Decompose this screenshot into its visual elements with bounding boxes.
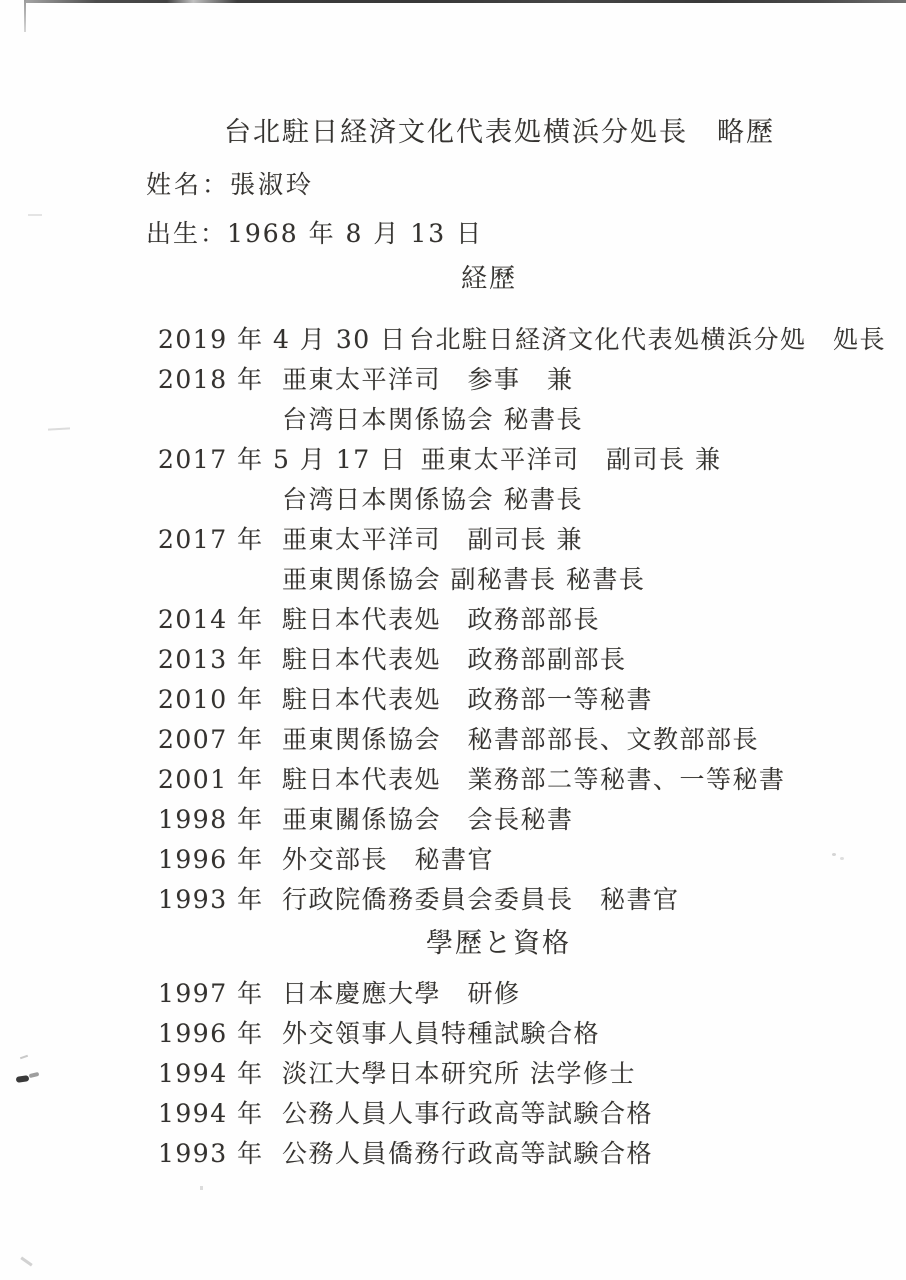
entry-text: 亜東關係協会 会長秘書	[282, 800, 574, 836]
entry-date: 1996 年	[158, 840, 282, 876]
entry-text: 淡江大學日本研究所 法学修士	[282, 1054, 636, 1090]
entry-date: 2014 年	[158, 600, 282, 636]
career-entry: 2017 年 亜東太平洋司 副司長 兼	[158, 518, 886, 558]
career-entry: 2018 年 亜東太平洋司 参事 兼	[158, 358, 886, 398]
career-entry: 2014 年 駐日本代表処 政務部部長	[158, 598, 886, 638]
entry-date: 1994 年	[158, 1094, 282, 1130]
entry-date: 2010 年	[158, 680, 282, 716]
career-entry: 1998 年 亜東關係協会 会長秘書	[158, 798, 886, 838]
scan-faint-dash	[28, 214, 42, 216]
entry-date: 1993 年	[158, 880, 282, 916]
entry-text: 日本慶應大學 研修	[282, 974, 521, 1010]
entry-text: 外交部長 秘書官	[282, 840, 494, 876]
scan-edge-strip	[26, 0, 906, 3]
education-section-heading: 學歷と資格	[426, 930, 571, 957]
scan-ink-smudge-light	[29, 1072, 40, 1078]
entry-date: 2001 年	[158, 760, 282, 796]
scanned-document-page: 台北駐日経済文化代表処横浜分処長 略歷 姓名：張淑玲 出生：1968 年 8 月…	[0, 0, 906, 1280]
entry-date: 2013 年	[158, 640, 282, 676]
entry-text: 駐日本代表処 政務部部長	[282, 600, 600, 636]
entry-text: 駐日本代表処 政務部副部長	[282, 640, 627, 676]
entry-date: 1993 年	[158, 1134, 282, 1170]
career-entry-continuation: 亜東関係協会 副秘書長 秘書長	[158, 558, 886, 598]
entry-text: 公務人員僑務行政高等試験合格	[282, 1134, 653, 1170]
education-entry: 1994 年 淡江大學日本研究所 法学修士	[158, 1052, 886, 1092]
entry-text: 台湾日本関係協会 秘書長	[282, 480, 583, 516]
entry-date: 1997 年	[158, 974, 282, 1010]
entry-date: 1996 年	[158, 1014, 282, 1050]
education-entry: 1994 年 公務人員人事行政高等試験合格	[158, 1092, 886, 1132]
entry-text: 公務人員人事行政高等試験合格	[282, 1094, 653, 1130]
scan-smudge-tick	[20, 1055, 28, 1060]
entry-date: 2017 年	[158, 520, 282, 556]
entry-text: 台北駐日経済文化代表処横浜分処 処長	[409, 320, 886, 356]
entry-text: 駐日本代表処 業務部二等秘書、一等秘書	[282, 760, 786, 796]
career-entry: 2013 年 駐日本代表処 政務部副部長	[158, 638, 886, 678]
career-section-heading: 経歷	[461, 266, 517, 292]
entry-text: 亜東太平洋司 副司長 兼	[282, 520, 583, 556]
entry-text: 亜東太平洋司 参事 兼	[282, 360, 574, 396]
career-entry: 2019 年 4 月 30 日 台北駐日経済文化代表処横浜分処 処長	[158, 318, 886, 358]
scan-faint-dash	[20, 1257, 32, 1267]
career-entry-continuation: 台湾日本関係協会 秘書長	[158, 478, 886, 518]
entry-text: 台湾日本関係協会 秘書長	[282, 400, 583, 436]
document-title: 台北駐日経済文化代表処横浜分処長 略歷	[224, 119, 775, 146]
entry-date: 1998 年	[158, 800, 282, 836]
education-entry: 1993 年 公務人員僑務行政高等試験合格	[158, 1132, 886, 1172]
career-entry: 2001 年 駐日本代表処 業務部二等秘書、一等秘書	[158, 758, 886, 798]
career-entry: 2007 年 亜東関係協会 秘書部部長、文教部部長	[158, 718, 886, 758]
scan-edge-tick	[24, 0, 26, 32]
career-entry: 1996 年 外交部長 秘書官	[158, 838, 886, 878]
entry-date: 2018 年	[158, 360, 282, 396]
entry-text: 外交領事人員特種試験合格	[282, 1014, 600, 1050]
entry-text: 亜東関係協会 副秘書長 秘書長	[282, 560, 645, 596]
entry-date: 2007 年	[158, 720, 282, 756]
entry-date: 2017 年 5 月 17 日	[158, 440, 407, 476]
career-entry: 1993 年 行政院僑務委員会委員長 秘書官	[158, 878, 886, 918]
education-entry: 1997 年 日本慶應大學 研修	[158, 972, 886, 1012]
scan-faint-dash	[48, 427, 70, 430]
education-list: 1997 年 日本慶應大學 研修 1996 年 外交領事人員特種試験合格 199…	[158, 972, 886, 1172]
career-entry: 2010 年 駐日本代表処 政務部一等秘書	[158, 678, 886, 718]
career-entry-continuation: 台湾日本関係協会 秘書長	[158, 398, 886, 438]
entry-date: 2019 年 4 月 30 日	[158, 320, 395, 356]
entry-text: 行政院僑務委員会委員長 秘書官	[282, 880, 680, 916]
entry-date: 1994 年	[158, 1054, 282, 1090]
entry-text: 駐日本代表処 政務部一等秘書	[282, 680, 653, 716]
scan-ink-smudge	[16, 1075, 30, 1083]
education-entry: 1996 年 外交領事人員特種試験合格	[158, 1012, 886, 1052]
career-entry: 2017 年 5 月 17 日 亜東太平洋司 副司長 兼	[158, 438, 886, 478]
birth-field: 出生：1968 年 8 月 13 日	[146, 221, 483, 246]
name-field: 姓名：張淑玲	[146, 172, 314, 197]
entry-text: 亜東太平洋司 副司長 兼	[421, 440, 722, 476]
entry-text: 亜東関係協会 秘書部部長、文教部部長	[282, 720, 759, 756]
scan-faint-dot	[200, 1186, 203, 1190]
career-list: 2019 年 4 月 30 日 台北駐日経済文化代表処横浜分処 処長 2018 …	[158, 318, 886, 918]
